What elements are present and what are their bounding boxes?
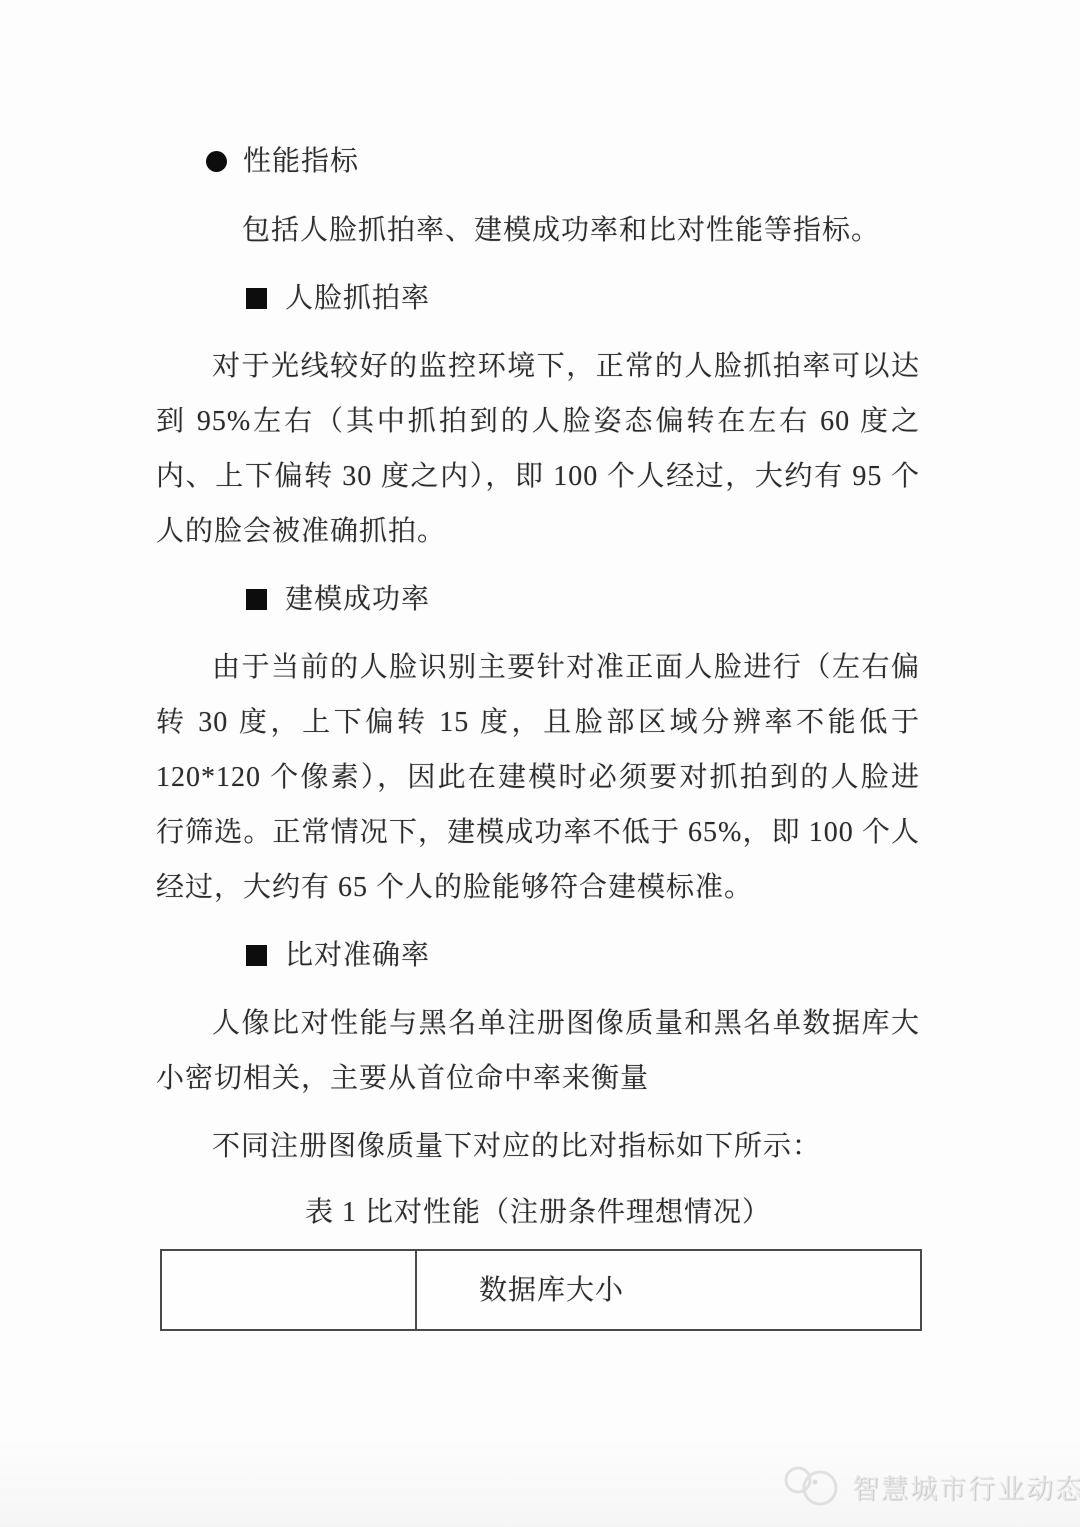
paragraph-comparison-accuracy: 人像比对性能与黑名单注册图像质量和黑名单数据库大小密切相关，主要从首位命中率来衡… — [156, 996, 920, 1106]
watermark: 智慧城市行业动态 — [782, 1462, 1080, 1510]
document-content: 性能指标 包括人脸抓拍率、建模成功率和比对性能等指标。 人脸抓拍率 对于光线较好… — [156, 134, 920, 1331]
intro-text: 包括人脸抓拍率、建模成功率和比对性能等指标。 — [242, 203, 920, 258]
square-bullet-icon — [246, 589, 267, 610]
subheading-label: 比对准确率 — [285, 928, 430, 983]
square-bullet-icon — [246, 945, 267, 966]
subheading-modeling-success-rate: 建模成功率 — [246, 572, 920, 627]
paragraph-face-capture: 对于光线较好的监控环境下，正常的人脸抓拍率可以达到 95%左右（其中抓拍到的人脸… — [156, 339, 920, 559]
document-page: 性能指标 包括人脸抓拍率、建模成功率和比对性能等指标。 人脸抓拍率 对于光线较好… — [0, 0, 1080, 1527]
subheading-label: 建模成功率 — [285, 572, 430, 627]
comparison-table: 数据库大小 — [160, 1249, 922, 1331]
square-bullet-icon — [246, 288, 267, 309]
watermark-text: 智慧城市行业动态 — [852, 1467, 1080, 1506]
table-cell-empty — [161, 1250, 416, 1330]
watermark-logo-icon — [782, 1462, 844, 1510]
table-header-row: 数据库大小 — [161, 1250, 921, 1330]
paragraph-modeling-success: 由于当前的人脸识别主要针对准正面人脸进行（左右偏转 30 度，上下偏转 15 度… — [156, 640, 920, 915]
bullet-dot-icon — [206, 151, 227, 172]
lead-in-text: 不同注册图像质量下对应的比对指标如下所示： — [156, 1119, 920, 1174]
list-item-performance-metrics: 性能指标 — [206, 134, 920, 189]
subheading-label: 人脸抓拍率 — [285, 271, 430, 326]
table-caption: 表 1 比对性能（注册条件理想情况） — [156, 1185, 920, 1240]
subheading-face-capture-rate: 人脸抓拍率 — [246, 271, 920, 326]
table-cell-database-size: 数据库大小 — [416, 1250, 921, 1330]
bullet-label: 性能指标 — [243, 134, 359, 189]
subheading-comparison-accuracy: 比对准确率 — [246, 928, 920, 983]
